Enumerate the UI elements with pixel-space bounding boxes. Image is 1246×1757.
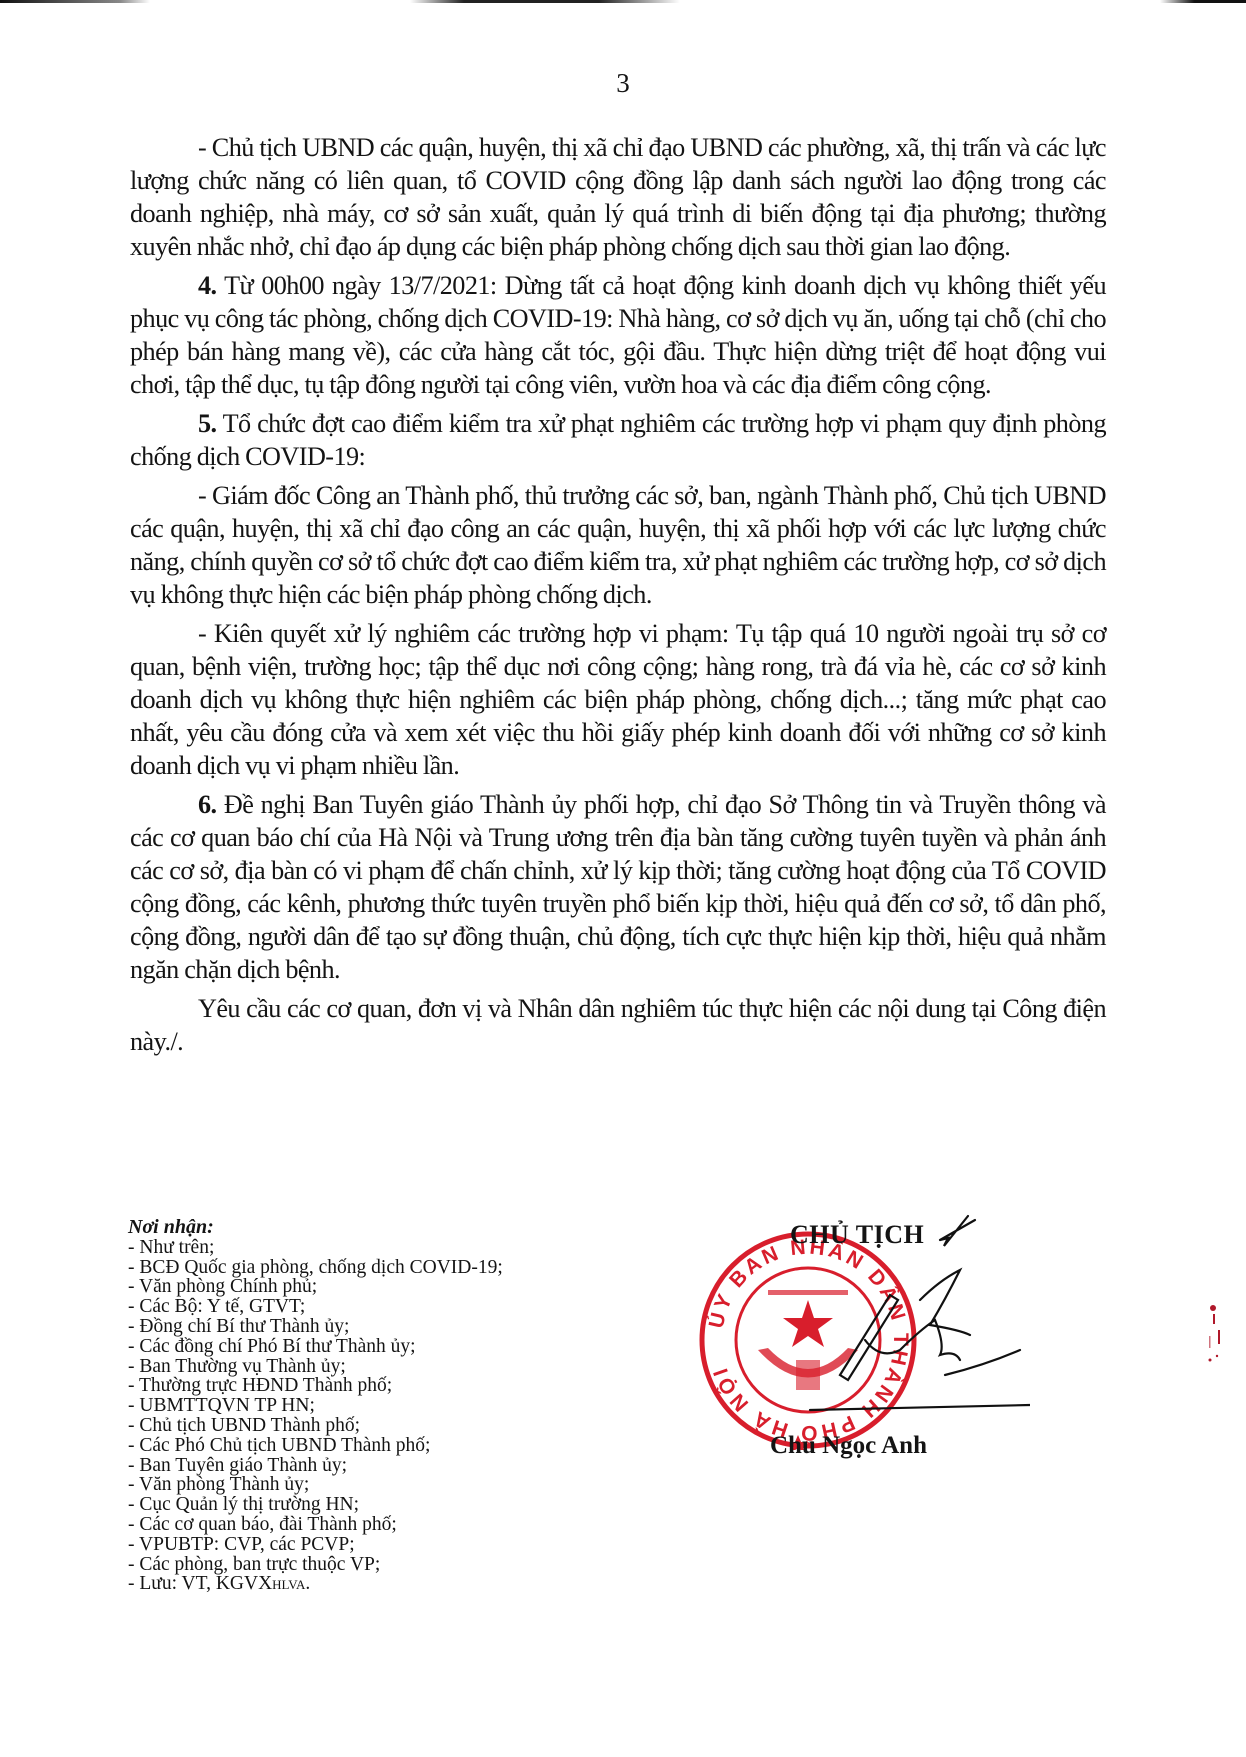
stamp-mark-icon <box>1205 1300 1225 1370</box>
body-paragraph: - Giám đốc Công an Thành phố, thủ trưởng… <box>130 479 1106 611</box>
recipient-item: - UBMTTQVN TP HN; <box>128 1396 688 1416</box>
paragraph-number: 4. <box>198 271 217 300</box>
page-number: 3 <box>0 68 1246 99</box>
archive-initials: HLVA <box>272 1577 305 1592</box>
body-paragraph: - Chủ tịch UBND các quận, huyện, thị xã … <box>130 131 1106 263</box>
recipient-item: - Như trên; <box>128 1238 688 1258</box>
recipient-item: - Thường trực HĐND Thành phố; <box>128 1376 688 1396</box>
body-paragraph: 5. Tổ chức đợt cao điểm kiểm tra xử phạt… <box>130 407 1106 473</box>
recipient-item: - Các phòng, ban trực thuộc VP; <box>128 1555 688 1575</box>
document-body: - Chủ tịch UBND các quận, huyện, thị xã … <box>130 131 1106 1064</box>
recipient-item: - VPUBTP: CVP, các PCVP; <box>128 1535 688 1555</box>
recipient-item-archive: - Lưu: VT, KGVXHLVA. <box>128 1574 688 1595</box>
paragraph-number: 6. <box>198 790 217 819</box>
recipients-list: - Như trên;- BCĐ Quốc gia phòng, chống d… <box>128 1238 688 1575</box>
recipients-heading: Nơi nhận: <box>128 1218 688 1238</box>
recipient-item: - Chủ tịch UBND Thành phố; <box>128 1416 688 1436</box>
scan-edge-center <box>410 0 680 3</box>
recipient-item: - Các đồng chí Phó Bí thư Thành ủy; <box>128 1337 688 1357</box>
body-paragraph: - Kiên quyết xử lý nghiêm các trường hợp… <box>130 617 1106 782</box>
recipient-item: - Cục Quản lý thị trường HN; <box>128 1495 688 1515</box>
handwritten-signature-icon <box>770 1200 1030 1440</box>
signature-block: ỦY BAN NHÂN DÂN THÀNH PHỐ HÀ NỘI CHỦ TỊC… <box>690 1200 1030 1480</box>
recipients-block: Nơi nhận: - Như trên;- BCĐ Quốc gia phòn… <box>128 1218 688 1595</box>
body-paragraph: 6. Đề nghị Ban Tuyên giáo Thành ủy phối … <box>130 788 1106 986</box>
recipient-item: - Các Bộ: Y tế, GTVT; <box>128 1297 688 1317</box>
recipient-item: - Đồng chí Bí thư Thành ủy; <box>128 1317 688 1337</box>
recipient-item: - Văn phòng Chính phủ; <box>128 1277 688 1297</box>
recipient-item: - Ban Thường vụ Thành ủy; <box>128 1357 688 1377</box>
paragraph-number: 5. <box>198 409 217 438</box>
body-paragraph: Yêu cầu các cơ quan, đơn vị và Nhân dân … <box>130 992 1106 1058</box>
scan-edge-right <box>1160 0 1246 3</box>
recipient-item: - Ban Tuyên giáo Thành ủy; <box>128 1456 688 1476</box>
recipient-item: - Các cơ quan báo, đài Thành phố; <box>128 1515 688 1535</box>
recipient-item: - BCĐ Quốc gia phòng, chống dịch COVID-1… <box>128 1258 688 1278</box>
recipient-item: - Văn phòng Thành ủy; <box>128 1475 688 1495</box>
body-paragraph: 4. Từ 00h00 ngày 13/7/2021: Dừng tất cả … <box>130 269 1106 401</box>
recipient-item: - Các Phó Chủ tịch UBND Thành phố; <box>128 1436 688 1456</box>
scan-edge-left <box>0 0 150 3</box>
